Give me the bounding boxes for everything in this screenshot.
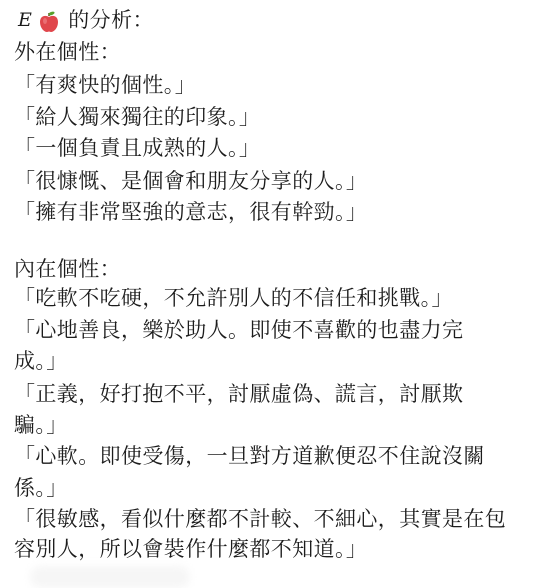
inner-trait-line-7: 係。」 <box>14 473 68 503</box>
red-apple-icon <box>38 9 60 33</box>
outer-trait-1: 「有爽快的個性。」 <box>14 70 196 100</box>
inner-personality-heading: 內在個性： <box>14 254 121 284</box>
analysis-title-text: 的分析： <box>68 5 154 35</box>
inner-trait-line-5: 騙。」 <box>14 410 68 440</box>
name-initial: E <box>18 5 32 35</box>
faint-shadow-artifact <box>30 566 190 588</box>
outer-trait-5: 「擁有非常堅強的意志，很有幹勁。」 <box>14 197 367 227</box>
outer-trait-2: 「給人獨來獨往的印象。」 <box>14 102 260 132</box>
inner-trait-line-3: 成。」 <box>14 346 68 376</box>
inner-trait-line-8: 「很敏感，看似什麼都不計較、不細心，其實是在包 <box>14 504 506 534</box>
analysis-title: E 的分析： <box>14 5 154 35</box>
outer-trait-3: 「一個負責且成熟的人。」 <box>14 133 260 163</box>
outer-personality-heading: 外在個性： <box>14 37 121 67</box>
inner-trait-line-2: 「心地善良，樂於助人。即使不喜歡的也盡力完 <box>14 315 463 345</box>
inner-trait-line-9: 容別人，所以會裝作什麼都不知道。」 <box>14 534 367 564</box>
inner-trait-line-4: 「正義，好打抱不平，討厭虛偽、謊言，討厭欺 <box>14 379 463 409</box>
inner-trait-line-6: 「心軟。即使受傷，一旦對方道歉便忍不住說沒關 <box>14 441 485 471</box>
outer-trait-4: 「很慷慨、是個會和朋友分享的人。」 <box>14 166 367 196</box>
analysis-document: E 的分析： 外在個性： 「有爽快的個性。」 「給人獨來獨往的印象。」 「一個負… <box>0 0 552 588</box>
inner-trait-line-1: 「吃軟不吃硬，不允許別人的不信任和挑戰。」 <box>14 283 453 313</box>
